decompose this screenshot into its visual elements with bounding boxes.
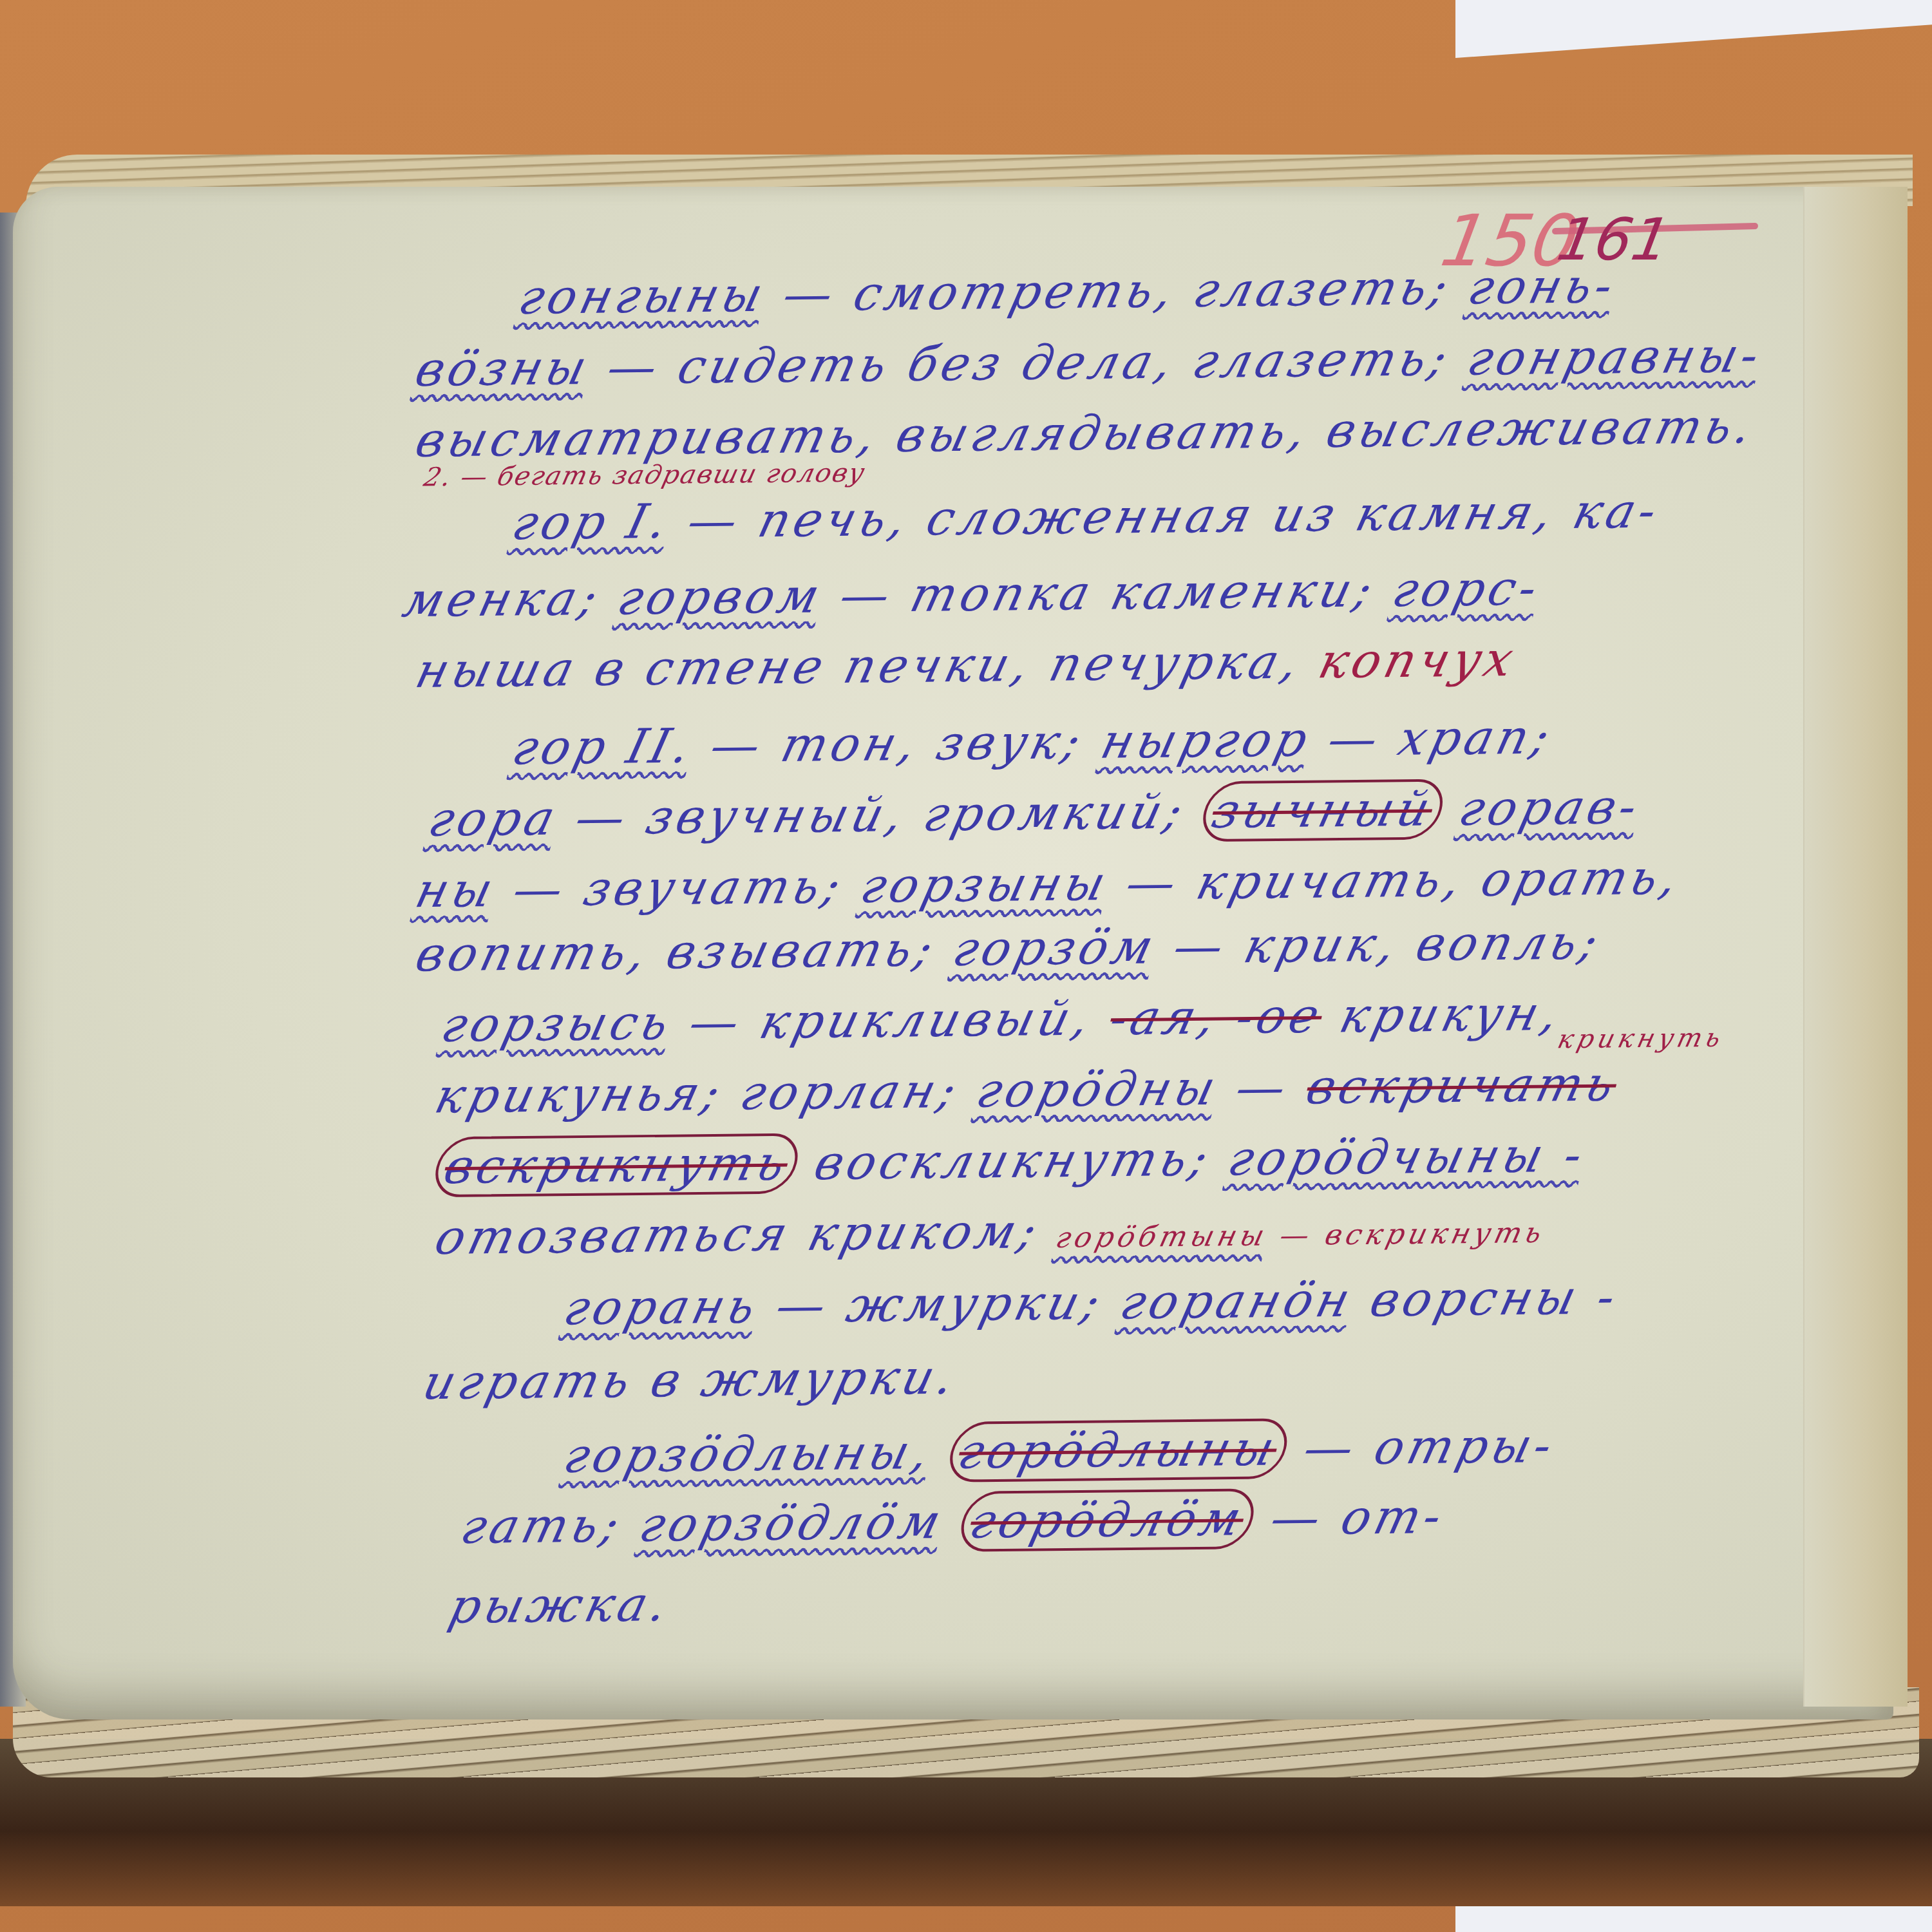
manuscript-line-19: гать; горзӧдлӧм горӧдлӧм — от- bbox=[456, 1489, 1451, 1555]
struck-text: вскричать bbox=[1301, 1056, 1623, 1115]
manuscript-line-20: рыжка. bbox=[444, 1577, 676, 1634]
manuscript-line-7: ныша в стене печки, печурка, копчух bbox=[411, 632, 1522, 699]
definition: ворсны - bbox=[1346, 1269, 1625, 1327]
red-correction: копчух bbox=[1313, 632, 1522, 689]
headword: горвом bbox=[612, 568, 829, 625]
definition: вопить, взывать; bbox=[410, 922, 961, 983]
headword: ныргор bbox=[1095, 712, 1316, 770]
definition: гать; bbox=[456, 1497, 648, 1555]
right-page-leaves bbox=[1803, 187, 1908, 1707]
headword: горзӧм bbox=[948, 920, 1162, 977]
definition: воскликнуть; bbox=[790, 1131, 1236, 1191]
red-note: 2. — бегать задравши голову bbox=[421, 458, 869, 492]
struck-text: горӧдлыны bbox=[943, 1418, 1293, 1482]
definition: — крикливый, bbox=[665, 990, 1118, 1050]
struck-text: зычный bbox=[1197, 779, 1449, 842]
headword: горзыны bbox=[855, 856, 1114, 914]
definition: рыжка. bbox=[444, 1577, 676, 1634]
definition: — звучный, громкий; bbox=[551, 784, 1211, 846]
definition: ныша bbox=[411, 641, 583, 699]
headword: горӧдны bbox=[971, 1061, 1224, 1119]
manuscript-line-17: играть в жмурки. bbox=[418, 1350, 963, 1411]
headword: горанӧн bbox=[1115, 1273, 1359, 1331]
definition: — сидеть без дела, глазеть; bbox=[583, 331, 1475, 395]
definition: — храп; bbox=[1303, 710, 1558, 768]
headword: гонгыны bbox=[514, 267, 772, 325]
struck-text: вскрикнуть bbox=[430, 1133, 804, 1197]
manuscript-annotation-red: 2. — бегать задравши голову bbox=[421, 458, 869, 492]
headword: вӧзны bbox=[410, 340, 596, 397]
definition: — кричать, орать, bbox=[1101, 850, 1687, 911]
manuscript-line-16: горань — жмурки; горанӧн ворсны - bbox=[559, 1269, 1625, 1336]
definition: в стене печки, печурка, bbox=[570, 634, 1327, 697]
headword: гор II. bbox=[507, 719, 699, 776]
red-headword: горӧбтыны bbox=[1053, 1219, 1272, 1254]
struck-text: -ая, -ое bbox=[1104, 989, 1329, 1046]
definition: крикунья; горлан; bbox=[430, 1063, 984, 1124]
manuscript-line-15: отозваться криком; горӧбтыны — вскрикнут… bbox=[430, 1198, 1553, 1265]
definition: менка; bbox=[397, 571, 625, 628]
definition: — bbox=[1211, 1059, 1314, 1115]
manuscript-line-18: горзӧдлыны, горӧдлыны — отры- bbox=[559, 1418, 1562, 1484]
white-paper-sheet-bottom bbox=[1455, 1903, 1932, 1932]
struck-text: горӧдлӧм bbox=[955, 1488, 1260, 1552]
headword: ны bbox=[410, 862, 502, 918]
headword: горзысь bbox=[437, 995, 678, 1053]
definition: — жмурки; bbox=[752, 1275, 1128, 1334]
headword: горс- bbox=[1387, 561, 1546, 618]
headword: гонравны- bbox=[1463, 328, 1768, 386]
red-correction-above: крикнуть bbox=[1555, 1023, 1727, 1055]
definition: — звучать; bbox=[489, 858, 869, 918]
manuscript-line-1: гонгыны — смотреть, глазеть; гонь- bbox=[514, 258, 1622, 325]
white-paper-sheet bbox=[1455, 0, 1932, 58]
definition: отозваться криком; bbox=[430, 1204, 1065, 1265]
definition: — смотреть, глазеть; bbox=[759, 260, 1476, 322]
definition: — тон, звук; bbox=[686, 714, 1109, 774]
headword: горзӧдлӧм bbox=[634, 1494, 950, 1553]
definition: — от- bbox=[1246, 1489, 1451, 1546]
definition: — топка каменки; bbox=[815, 562, 1401, 623]
red-correction: — вскрикнуть bbox=[1264, 1217, 1549, 1252]
manuscript-line-12: горзысь — крикливый, -ая, -ое крикун, bbox=[437, 986, 1568, 1053]
headword: гора bbox=[423, 791, 563, 848]
manuscript-line-8: гор II. — тон, звук; ныргор — храп; bbox=[507, 710, 1559, 776]
definition: — крик, вопль; bbox=[1149, 914, 1607, 974]
definition: — печь, сложенная из камня, ка- bbox=[663, 484, 1666, 549]
headword: горань bbox=[559, 1278, 765, 1336]
definition: играть в жмурки. bbox=[418, 1350, 963, 1411]
headword: горав- bbox=[1454, 779, 1647, 837]
headword: гор I. bbox=[507, 494, 676, 551]
definition: — отры- bbox=[1279, 1418, 1561, 1476]
definition: крикун, bbox=[1315, 986, 1567, 1044]
headword: гонь- bbox=[1463, 258, 1622, 315]
headword: горӧдчыны - bbox=[1223, 1128, 1592, 1187]
headword: горзӧдлыны, bbox=[559, 1425, 938, 1484]
